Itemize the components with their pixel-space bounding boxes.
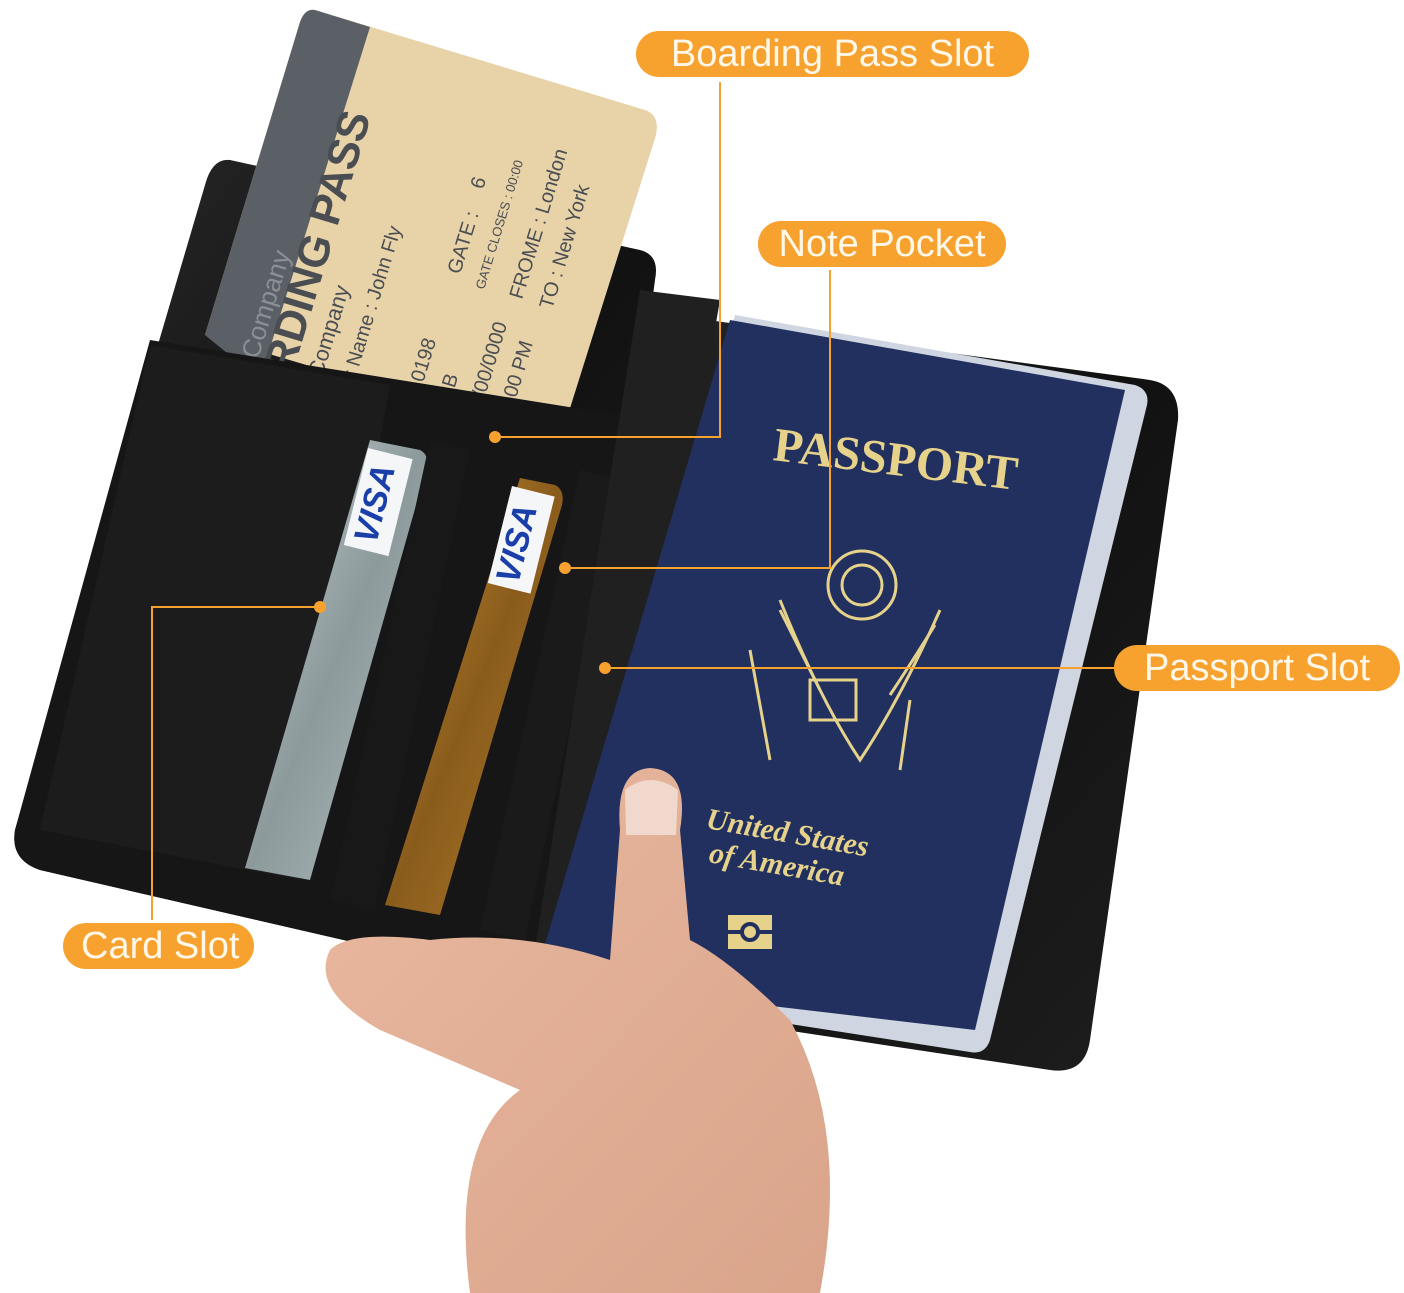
callout-card-slot: Card Slot <box>63 923 254 969</box>
callout-note-pocket: Note Pocket <box>758 221 1006 267</box>
callout-boarding-pass-slot: Boarding Pass Slot <box>636 31 1029 77</box>
callout-passport-slot: Passport Slot <box>1114 645 1400 691</box>
biometric-chip-icon <box>728 915 772 949</box>
